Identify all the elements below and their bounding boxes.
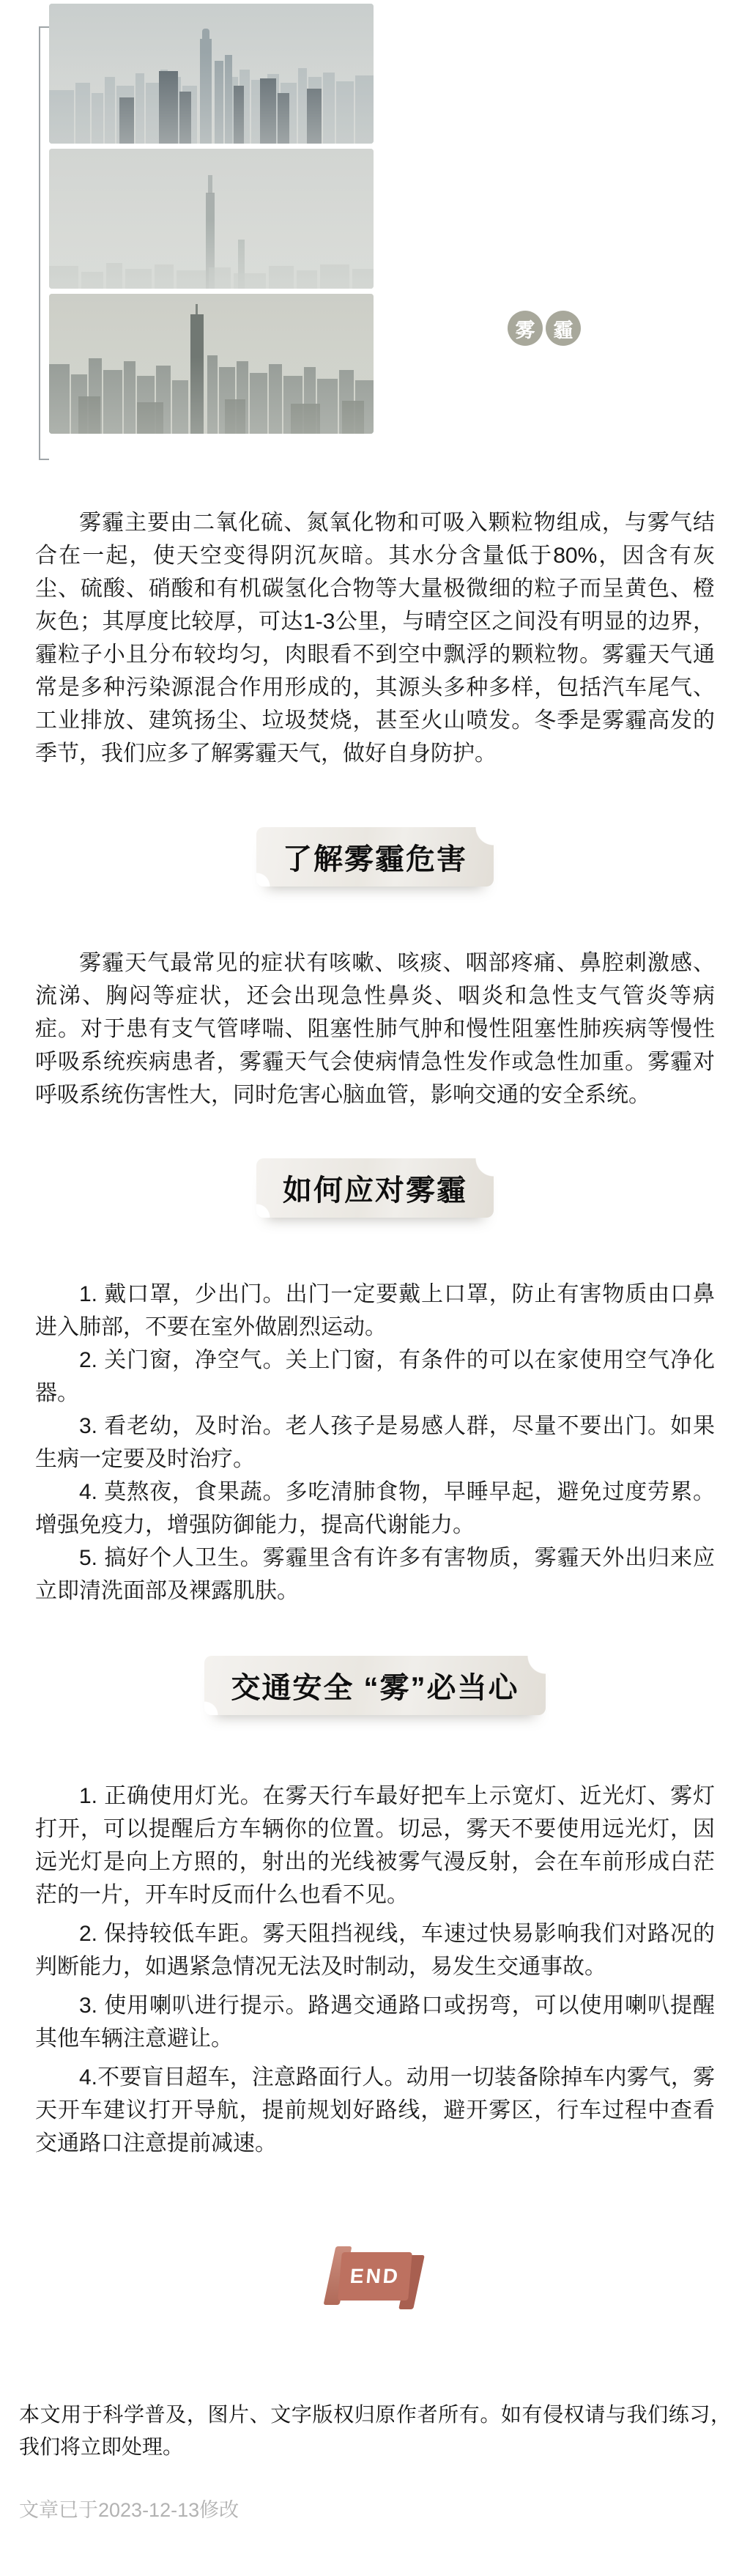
traffic-tip-item: 2. 保持较低车距。雾天阻挡视线，车速过快易影响我们对路况的判断能力，如遇紧急情… bbox=[35, 1917, 715, 1983]
disclaimer-text: 本文用于科学普及，图片、文字版权归原作者所有。如有侵权请与我们练习，我们将立即处… bbox=[19, 2399, 731, 2463]
decorative-bracket bbox=[39, 26, 49, 460]
photo-stack bbox=[49, 4, 374, 439]
badge-char: 霾 bbox=[554, 314, 573, 343]
badge-char: 雾 bbox=[516, 314, 535, 343]
hazy-city-photo-1 bbox=[49, 4, 374, 144]
intro-paragraph: 雾霾主要由二氧化硫、氮氧化物和可吸入颗粒物组成，与雾气结合在一起，使天空变得阴沉… bbox=[35, 506, 715, 770]
hazy-city-photo-2 bbox=[49, 149, 374, 289]
article-page: 雾 霾 雾霾主要由二氧化硫、氮氧化物和可吸入颗粒物组成，与雾气结合在一起，使天空… bbox=[0, 0, 750, 2576]
harm-paragraph: 雾霾天气最常见的症状有咳嗽、咳痰、咽部疼痛、鼻腔刺激感、流涕、胸闷等症状，还会出… bbox=[35, 947, 715, 1111]
modified-date: 文章已于2023-12-13修改 bbox=[19, 2494, 731, 2523]
traffic-tip-item: 3. 使用喇叭进行提示。路遇交通路口或拐弯，可以使用喇叭提醒其他车辆注意避让。 bbox=[35, 1989, 715, 2055]
hero-section: 雾 霾 bbox=[0, 4, 750, 442]
section-title: 如何应对雾霾 bbox=[283, 1174, 467, 1207]
traffic-tip-item: 1. 正确使用灯光。在雾天行车最好把车上示宽灯、近光灯、雾灯打开，可以提醒后方车… bbox=[35, 1780, 715, 1911]
section-header-harm: 了解雾霾危害 bbox=[256, 827, 494, 887]
tip-item: 5. 搞好个人卫生。雾霾里含有许多有害物质，雾霾天外出归来应立即清洗面部及裸露肌… bbox=[35, 1541, 715, 1607]
smog-char-badge-wu: 雾 bbox=[508, 311, 543, 346]
tip-item: 2. 关门窗，净空气。关上门窗，有条件的可以在家使用空气净化器。 bbox=[35, 1344, 715, 1410]
section-header-traffic: 交通安全 “雾”必当心 bbox=[204, 1656, 545, 1715]
smog-char-badge-mai: 霾 bbox=[546, 311, 581, 346]
smog-title-badges: 雾 霾 bbox=[508, 311, 581, 346]
end-label: END bbox=[349, 2265, 401, 2288]
traffic-tip-item: 4.不要盲目超车，注意路面行人。动用一切装备除掉车内雾气，雾天开车建议打开导航，… bbox=[35, 2061, 715, 2160]
traffic-tips-list: 1. 正确使用灯光。在雾天行车最好把车上示宽灯、近光灯、雾灯打开，可以提醒后方车… bbox=[0, 1780, 750, 2160]
section-header-response: 如何应对雾霾 bbox=[256, 1158, 494, 1218]
end-ribbon: END bbox=[340, 2252, 410, 2301]
hazy-city-photo-3 bbox=[49, 294, 374, 434]
section-title: 了解雾霾危害 bbox=[283, 843, 467, 876]
response-tips-list: 1. 戴口罩，少出门。出门一定要戴上口罩，防止有害物质由口鼻进入肺部，不要在室外… bbox=[0, 1278, 750, 1607]
end-ribbon-face: END bbox=[338, 2252, 412, 2301]
tip-item: 1. 戴口罩，少出门。出门一定要戴上口罩，防止有害物质由口鼻进入肺部，不要在室外… bbox=[35, 1278, 715, 1344]
tip-item: 3. 看老幼，及时治。老人孩子是易感人群，尽量不要出门。如果生病一定要及时治疗。 bbox=[35, 1410, 715, 1476]
section-title: 交通安全 “雾”必当心 bbox=[231, 1672, 519, 1704]
tip-item: 4. 莫熬夜，食果蔬。多吃清肺食物，早睡早起，避免过度劳累。增强免疫力，增强防御… bbox=[35, 1476, 715, 1541]
